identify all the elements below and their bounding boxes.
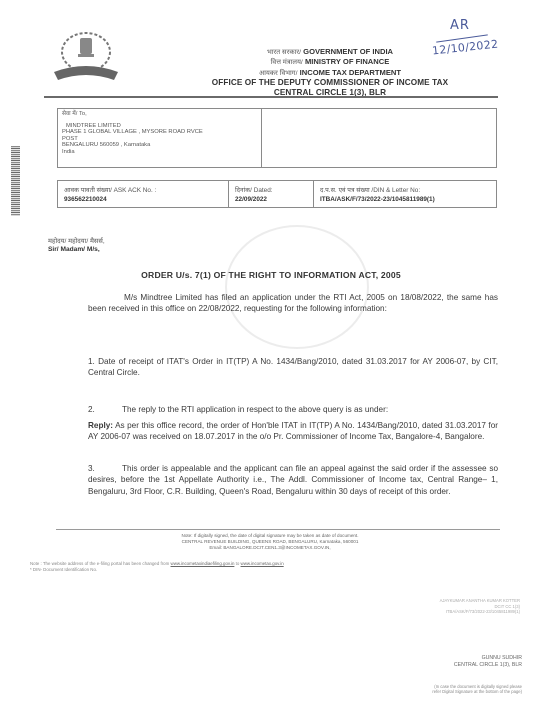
salutation-hindi: महोदय/ महोदया/ मैसर्स, (48, 238, 105, 246)
old-portal-link[interactable]: www.incometaxindiaefiling.gov.in (171, 561, 235, 566)
office-title: OFFICE OF THE DEPUTY COMMISSIONER OF INC… (170, 78, 490, 87)
paragraph-3-text: This order is appealable and the applica… (88, 464, 498, 496)
address-country: India (62, 149, 257, 156)
address-line-3: BENGALURU 560059 , Karnataka (62, 142, 257, 149)
paragraph-3-number: 3. (88, 463, 122, 474)
hindi-dept: आयकर विभाग/ (259, 70, 298, 77)
digital-signature-note: (In case the document is digitally signe… (370, 684, 522, 695)
salutation-english: Sir/ Madam/ M/s, (48, 246, 100, 253)
handwritten-annotation: AR 12/10/2022 (428, 14, 528, 60)
requested-item-1: 1. Date of receipt of ITAT's Order in IT… (88, 356, 498, 379)
portal-note: Note : The website address of the e-fili… (30, 561, 510, 573)
intro-paragraph: M/s Mindtree Limited has filed an applic… (88, 292, 498, 315)
paragraph-2-text: The reply to the RTI application in resp… (122, 405, 388, 414)
din-label: द.प.स. एवं पत्र संख्या /DIN & Letter No: (320, 185, 490, 194)
paragraph-3: 3.This order is appealable and the appli… (88, 463, 498, 497)
to-label: सेवा में/ To, (62, 111, 257, 118)
office-footer: Note: If digitally signed, the date of d… (60, 533, 480, 550)
dated-value: 22/09/2022 (235, 196, 307, 203)
ack-label: आवक पावती संख्या/ ASK ACK No. : (64, 185, 222, 194)
digital-signature-stamp: AJAYKUMAR ANANTHA KUMAR KOTTER DCIT CC 1… (360, 598, 520, 615)
reply-text: As per this office record, the order of … (88, 421, 498, 441)
addressee-box-empty-cell (262, 109, 496, 167)
din-definition: * DIN- Document Identification No. (30, 567, 510, 573)
new-portal-link[interactable]: www.incometax.gov.in (241, 561, 284, 566)
digital-note-line-2: refer Digital Signature at the bottom of… (370, 689, 522, 694)
signatory-block: GUNNU SUDHIR CENTRAL CIRCLE 1(3), BLR (400, 655, 522, 668)
paragraph-2: 2.The reply to the RTI application in re… (88, 404, 498, 415)
signatory-name: GUNNU SUDHIR (400, 655, 522, 662)
footer-divider (56, 529, 500, 530)
income-tax-dept: INCOME TAX DEPARTMENT (300, 68, 401, 77)
barcode-icon (11, 146, 20, 216)
addressee-name: MINDTREE LIMITED (62, 123, 257, 130)
salutation: महोदय/ महोदया/ मैसर्स, Sir/ Madam/ M/s, (48, 238, 105, 254)
address-line-1: PHASE 1 GLOBAL VILLAGE , MYSORE ROAD RVC… (62, 129, 257, 136)
dated-label: दिनांक/ Dated: (235, 185, 307, 194)
ministry-of-finance: MINISTRY OF FINANCE (305, 57, 389, 66)
paragraph-2-number: 2. (88, 404, 122, 415)
handwritten-initials: AR (450, 18, 470, 33)
order-title: ORDER U/s. 7(1) OF THE RIGHT TO INFORMAT… (0, 270, 542, 280)
footer-email: Email: BANGALORE.DCIT.CEN1.3@INCOMETAX.G… (60, 545, 480, 551)
din-value: ITBA/ASK/F/73/2022-23/1045811989(1) (320, 196, 490, 203)
portal-note-mid: to (236, 561, 240, 566)
govt-of-india: GOVERNMENT OF INDIA (303, 47, 393, 56)
hindi-govt: भारत सरकार/ (267, 49, 301, 56)
income-tax-emblem-icon (48, 30, 124, 82)
signatory-designation: CENTRAL CIRCLE 1(3), BLR (400, 662, 522, 669)
address-line-2: POST (62, 136, 257, 143)
header-divider (44, 96, 498, 98)
reference-box: आवक पावती संख्या/ ASK ACK No. : 93656221… (57, 180, 497, 208)
reply-paragraph: Reply: As per this office record, the or… (88, 420, 498, 443)
portal-note-prefix: Note : The website address of the e-fili… (30, 561, 169, 566)
emblem-watermark (225, 225, 369, 349)
dsig-line-3: ITBA/ASK/F/73/2022-23/1045811989(1) (360, 609, 520, 615)
ack-value: 936562210024 (64, 196, 222, 203)
addressee-box: सेवा में/ To, MINDTREE LIMITED PHASE 1 G… (57, 108, 497, 168)
hindi-ministry: वित्त मंत्रालय/ (271, 59, 303, 66)
reply-label: Reply: (88, 421, 113, 430)
